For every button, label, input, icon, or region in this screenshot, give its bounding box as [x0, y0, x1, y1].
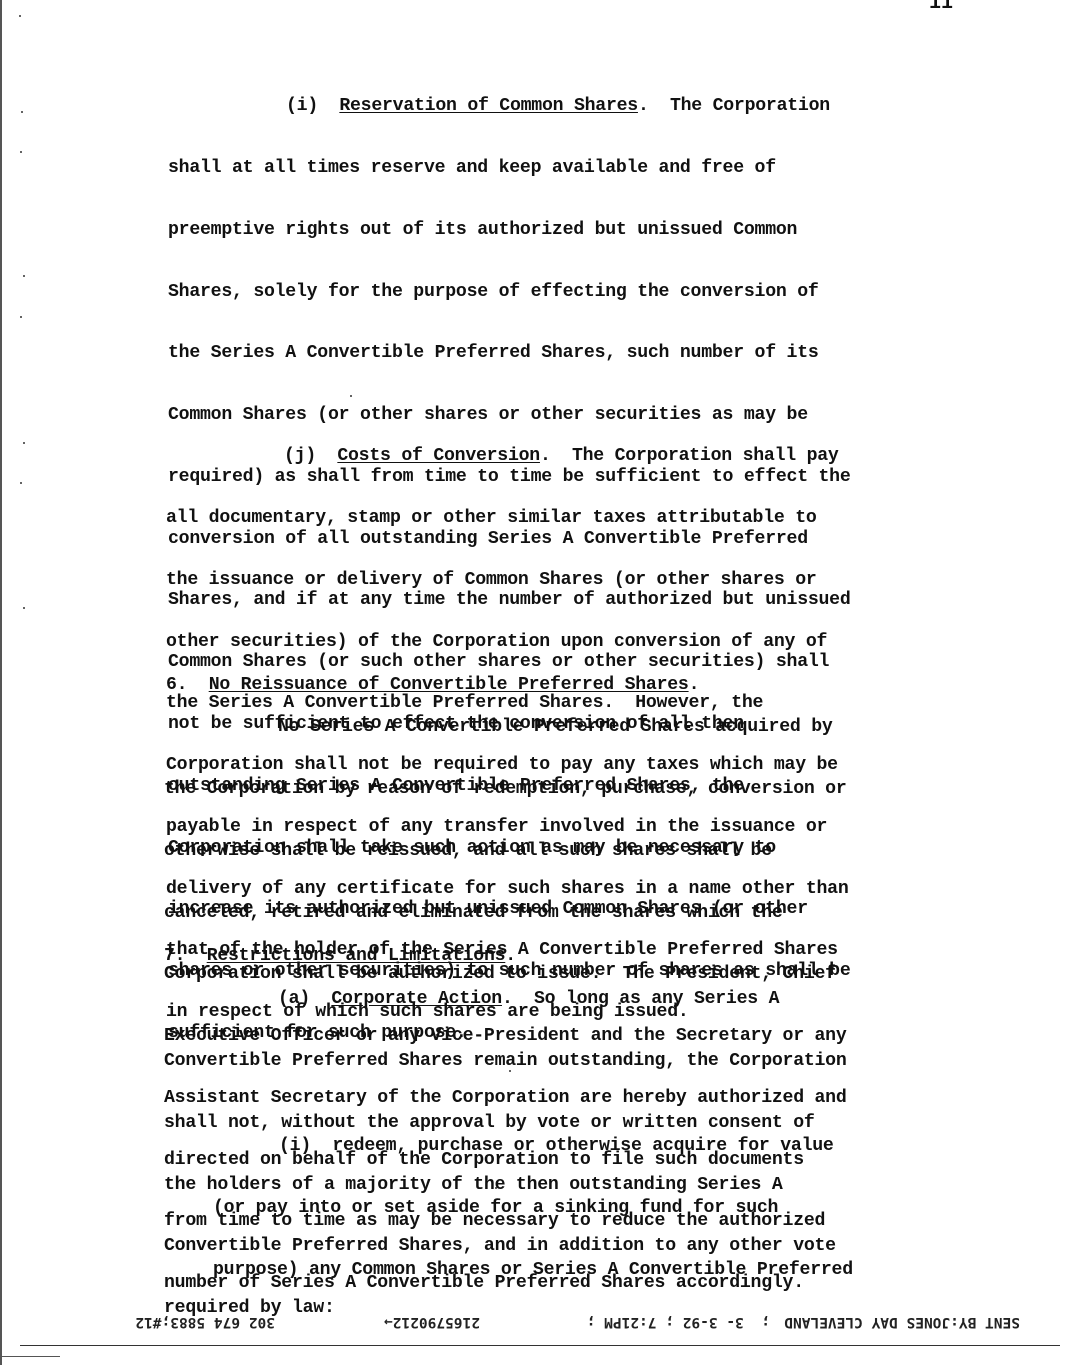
fax-transmission-header: SENT BY:JONES DAY CLEVELAND ; 3- 3-92 ; …	[60, 1306, 1020, 1330]
text-line: Convertible Preferred Shares remain outs…	[164, 1051, 847, 1072]
footer-rule	[0, 1356, 60, 1357]
fax-date-time: ; 3- 3-92 ; 7:21PM ;	[587, 1314, 770, 1330]
fax-sender: SENT BY:JONES DAY CLEVELAND	[784, 1314, 1020, 1330]
footer-rule	[20, 1345, 1060, 1346]
first-line-text: . So long as any Series A	[502, 989, 779, 1009]
scan-speck	[20, 316, 22, 318]
text-line: the Corporation by reason of redemption,…	[164, 779, 847, 800]
fax-from-number: 2165790212→	[384, 1314, 480, 1330]
text-line: No Series A Convertible Preferred Shares…	[164, 717, 847, 738]
scan-speck	[509, 1070, 511, 1072]
first-line-text: redeem, purchase or otherwise acquire fo…	[332, 1136, 833, 1156]
first-line-text: . The Corporation shall pay	[540, 446, 839, 466]
scan-speck	[23, 275, 25, 277]
text-line: purpose) any Common Shares or Series A C…	[213, 1260, 853, 1281]
scan-speck	[20, 151, 22, 153]
paragraph-first-line: (j) Costs of Conversion. The Corporation…	[166, 446, 849, 467]
text-line: the Series A Convertible Preferred Share…	[168, 343, 851, 364]
subsection-heading: Costs of Conversion	[337, 446, 540, 466]
text-line: the issuance or delivery of Common Share…	[166, 570, 849, 591]
paragraph-first-line: (i) Reservation of Common Shares. The Co…	[168, 96, 851, 117]
paragraph-first-line: (i) redeem, purchase or otherwise acquir…	[213, 1136, 853, 1157]
scan-speck	[350, 395, 352, 397]
scan-speck	[23, 442, 25, 444]
subsection-label: (i)	[168, 96, 318, 116]
text-line: otherwise shall be reissued, and all suc…	[164, 841, 847, 862]
subsection-heading: Corporate Action	[331, 989, 502, 1009]
subsection-heading: Reservation of Common Shares	[339, 96, 638, 116]
scan-speck	[19, 15, 21, 17]
paragraph-first-line: (a) Corporate Action. So long as any Ser…	[164, 989, 847, 1010]
text-line: preemptive rights out of its authorized …	[168, 220, 851, 241]
text-line: (or pay into or set aside for a sinking …	[213, 1198, 853, 1219]
text-line: Shares, solely for the purpose of effect…	[168, 282, 851, 303]
first-line-text: . The Corporation	[638, 96, 830, 116]
subsection-label: (j)	[166, 446, 316, 466]
text-line: shall at all times reserve and keep avai…	[168, 158, 851, 179]
fax-to-number-page: 302 674 5883;#12	[135, 1314, 275, 1330]
scan-speck	[20, 482, 22, 484]
clause-label: (i)	[213, 1136, 311, 1156]
scan-speck	[495, 1187, 497, 1189]
scan-edge	[0, 0, 2, 1365]
scan-speck	[21, 111, 23, 113]
clause-redeem-purchase: (i) redeem, purchase or otherwise acquir…	[213, 1095, 853, 1301]
scan-speck	[23, 607, 25, 609]
text-line: all documentary, stamp or other similar …	[166, 508, 849, 529]
page-number: 11	[929, 0, 953, 15]
subsection-label: (a)	[164, 989, 310, 1009]
